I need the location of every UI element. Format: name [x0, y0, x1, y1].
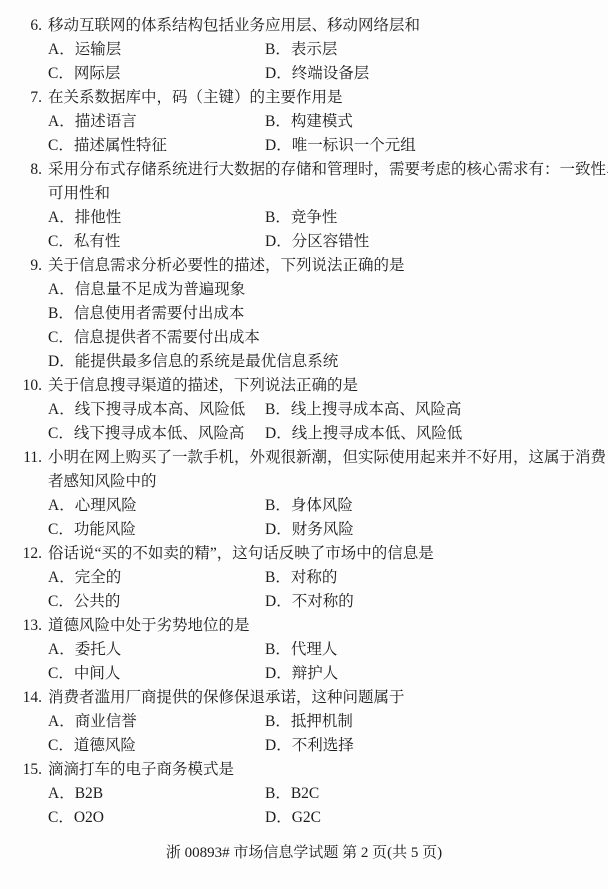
- question-number: 11.: [0, 446, 42, 470]
- options: A．商业信誉B．抵押机制C．道德风险D．不利选择: [48, 710, 608, 758]
- question-text-line: 者感知风险中的: [48, 470, 608, 494]
- option-text: 辩护人: [292, 665, 339, 682]
- option-d: D．能提供最多信息的系统是最优信息系统: [48, 350, 608, 374]
- question-text: 移动互联网的体系结构包括业务应用层、移动网络层和: [48, 14, 608, 38]
- option-text: 线上搜寻成本高、风险高: [291, 401, 462, 418]
- question-6: 6.移动互联网的体系结构包括业务应用层、移动网络层和A．运输层B．表示层C．网际…: [0, 14, 608, 86]
- option-b: B．身体风险: [265, 494, 608, 518]
- option-b: B．对称的: [265, 566, 608, 590]
- option-text: 私有性: [74, 233, 121, 250]
- option-text: 线上搜寻成本低、风险低: [292, 425, 463, 442]
- question-8: 8.采用分布式存储系统进行大数据的存储和管理时，需要考虑的核心需求有：一致性、可…: [0, 158, 608, 254]
- option-text: 公共的: [74, 593, 121, 610]
- option-text: 描述属性特征: [74, 137, 167, 154]
- option-text: 对称的: [291, 569, 338, 586]
- option-label: D．: [265, 230, 292, 254]
- question-text-line: 滴滴打车的电子商务模式是: [48, 758, 608, 782]
- options: A．运输层B．表示层C．网际层D．终端设备层: [48, 38, 608, 86]
- option-label: B．: [265, 38, 291, 62]
- question-list: 6.移动互联网的体系结构包括业务应用层、移动网络层和A．运输层B．表示层C．网际…: [0, 14, 608, 830]
- option-text: B2B: [75, 785, 103, 802]
- option-label: C．: [48, 590, 74, 614]
- option-label: A．: [48, 710, 75, 734]
- question-text-line: 小明在网上购买了一款手机，外观很新潮，但实际使用起来并不好用，这属于消费: [48, 446, 608, 470]
- question-number: 7.: [0, 86, 42, 110]
- question-number: 12.: [0, 542, 42, 566]
- option-c: C．公共的: [48, 590, 265, 614]
- option-text: 网际层: [74, 65, 121, 82]
- option-text: 商业信誉: [75, 713, 137, 730]
- option-label: A．: [48, 782, 75, 806]
- option-text: 心理风险: [75, 497, 137, 514]
- options: A．心理风险B．身体风险C．功能风险D．财务风险: [48, 494, 608, 542]
- question-stem: 12.俗话说“买的不如卖的精”，这句话反映了市场中的信息是: [0, 542, 608, 566]
- option-a: A．商业信誉: [48, 710, 265, 734]
- option-b: B．表示层: [265, 38, 608, 62]
- option-label: C．: [48, 734, 74, 758]
- question-stem: 9.关于信息需求分析必要性的描述，下列说法正确的是: [0, 254, 608, 278]
- question-stem: 13.道德风险中处于劣势地位的是: [0, 614, 608, 638]
- option-text: 描述语言: [75, 113, 137, 130]
- option-label: C．: [48, 422, 74, 446]
- option-label: D．: [265, 806, 292, 830]
- option-b: B．竞争性: [265, 206, 608, 230]
- option-b: B．信息使用者需要付出成本: [48, 302, 608, 326]
- question-12: 12.俗话说“买的不如卖的精”，这句话反映了市场中的信息是A．完全的B．对称的C…: [0, 542, 608, 614]
- option-label: B．: [265, 206, 291, 230]
- option-b: B．抵押机制: [265, 710, 608, 734]
- option-label: A．: [48, 494, 75, 518]
- option-a: A．委托人: [48, 638, 265, 662]
- option-label: B．: [265, 638, 291, 662]
- question-text-line: 移动互联网的体系结构包括业务应用层、移动网络层和: [48, 14, 608, 38]
- option-label: A．: [48, 278, 75, 302]
- option-text: O2O: [74, 809, 104, 826]
- question-text: 关于信息搜寻渠道的描述，下列说法正确的是: [48, 374, 608, 398]
- question-text-line: 采用分布式存储系统进行大数据的存储和管理时，需要考虑的核心需求有：一致性、: [48, 158, 608, 182]
- question-number: 9.: [0, 254, 42, 278]
- question-number: 15.: [0, 758, 42, 782]
- option-b: B．线上搜寻成本高、风险高: [265, 398, 608, 422]
- question-number: 14.: [0, 686, 42, 710]
- option-text: 代理人: [291, 641, 338, 658]
- question-text-line: 在关系数据库中，码（主键）的主要作用是: [48, 86, 608, 110]
- question-text: 关于信息需求分析必要性的描述，下列说法正确的是: [48, 254, 608, 278]
- option-text: 分区容错性: [292, 233, 370, 250]
- option-label: B．: [265, 566, 291, 590]
- option-a: A．排他性: [48, 206, 265, 230]
- option-label: D．: [265, 518, 292, 542]
- option-a: A．B2B: [48, 782, 265, 806]
- option-label: D．: [265, 422, 292, 446]
- option-c: C．功能风险: [48, 518, 265, 542]
- options: A．完全的B．对称的C．公共的D．不对称的: [48, 566, 608, 614]
- option-c: C．描述属性特征: [48, 134, 265, 158]
- option-d: D．唯一标识一个元组: [265, 134, 608, 158]
- option-label: A．: [48, 566, 75, 590]
- question-text-line: 道德风险中处于劣势地位的是: [48, 614, 608, 638]
- question-number: 6.: [0, 14, 42, 38]
- option-label: C．: [48, 230, 74, 254]
- options: A．排他性B．竞争性C．私有性D．分区容错性: [48, 206, 608, 254]
- options: A．委托人B．代理人C．中间人D．辩护人: [48, 638, 608, 686]
- question-text: 消费者滥用厂商提供的保修保退承诺，这种问题属于: [48, 686, 608, 710]
- option-d: D．线上搜寻成本低、风险低: [265, 422, 608, 446]
- option-label: C．: [48, 134, 74, 158]
- question-text-line: 关于信息搜寻渠道的描述，下列说法正确的是: [48, 374, 608, 398]
- option-label: A．: [48, 110, 75, 134]
- option-text: 构建模式: [291, 113, 353, 130]
- option-text: 信息量不足成为普遍现象: [75, 281, 246, 298]
- option-label: C．: [48, 62, 74, 86]
- option-label: C．: [48, 806, 74, 830]
- option-d: D．G2C: [265, 806, 608, 830]
- option-text: 完全的: [75, 569, 122, 586]
- option-d: D．不利选择: [265, 734, 608, 758]
- option-c: C．信息提供者不需要付出成本: [48, 326, 608, 350]
- question-text: 俗话说“买的不如卖的精”，这句话反映了市场中的信息是: [48, 542, 608, 566]
- option-b: B．构建模式: [265, 110, 608, 134]
- question-14: 14.消费者滥用厂商提供的保修保退承诺，这种问题属于A．商业信誉B．抵押机制C．…: [0, 686, 608, 758]
- option-c: C．中间人: [48, 662, 265, 686]
- option-label: A．: [48, 398, 75, 422]
- option-text: 竞争性: [291, 209, 338, 226]
- option-a: A．完全的: [48, 566, 265, 590]
- question-13: 13.道德风险中处于劣势地位的是A．委托人B．代理人C．中间人D．辩护人: [0, 614, 608, 686]
- option-text: G2C: [292, 809, 321, 826]
- option-label: D．: [265, 662, 292, 686]
- question-11: 11.小明在网上购买了一款手机，外观很新潮，但实际使用起来并不好用，这属于消费者…: [0, 446, 608, 542]
- option-text: 抵押机制: [291, 713, 353, 730]
- option-label: C．: [48, 518, 74, 542]
- option-label: A．: [48, 638, 75, 662]
- question-number: 10.: [0, 374, 42, 398]
- question-stem: 7.在关系数据库中，码（主键）的主要作用是: [0, 86, 608, 110]
- option-label: D．: [265, 62, 292, 86]
- question-number: 13.: [0, 614, 42, 638]
- question-stem: 6.移动互联网的体系结构包括业务应用层、移动网络层和: [0, 14, 608, 38]
- option-text: 委托人: [75, 641, 122, 658]
- options: A．线下搜寻成本高、风险低B．线上搜寻成本高、风险高C．线下搜寻成本低、风险高D…: [48, 398, 608, 446]
- option-text: 唯一标识一个元组: [292, 137, 416, 154]
- option-label: C．: [48, 326, 74, 350]
- option-d: D．辩护人: [265, 662, 608, 686]
- option-a: A．运输层: [48, 38, 265, 62]
- question-stem: 11.小明在网上购买了一款手机，外观很新潮，但实际使用起来并不好用，这属于消费者…: [0, 446, 608, 494]
- option-label: A．: [48, 38, 75, 62]
- question-text: 小明在网上购买了一款手机，外观很新潮，但实际使用起来并不好用，这属于消费者感知风…: [48, 446, 608, 494]
- option-d: D．不对称的: [265, 590, 608, 614]
- question-text: 滴滴打车的电子商务模式是: [48, 758, 608, 782]
- option-d: D．分区容错性: [265, 230, 608, 254]
- option-text: 财务风险: [292, 521, 354, 538]
- option-label: B．: [48, 302, 74, 326]
- question-text: 在关系数据库中，码（主键）的主要作用是: [48, 86, 608, 110]
- option-text: 信息使用者需要付出成本: [74, 305, 245, 322]
- option-a: A．心理风险: [48, 494, 265, 518]
- option-label: B．: [265, 494, 291, 518]
- option-text: 中间人: [74, 665, 121, 682]
- option-text: 功能风险: [74, 521, 136, 538]
- question-10: 10.关于信息搜寻渠道的描述，下列说法正确的是A．线下搜寻成本高、风险低B．线上…: [0, 374, 608, 446]
- option-text: 不利选择: [292, 737, 354, 754]
- option-d: D．终端设备层: [265, 62, 608, 86]
- question-number: 8.: [0, 158, 42, 182]
- option-text: 线下搜寻成本高、风险低: [75, 401, 246, 418]
- question-stem: 15.滴滴打车的电子商务模式是: [0, 758, 608, 782]
- question-9: 9.关于信息需求分析必要性的描述，下列说法正确的是A．信息量不足成为普遍现象B．…: [0, 254, 608, 374]
- option-c: C．道德风险: [48, 734, 265, 758]
- option-label: D．: [265, 134, 292, 158]
- option-text: 终端设备层: [292, 65, 370, 82]
- option-text: 排他性: [75, 209, 122, 226]
- page-footer: 浙 00893# 市场信息学试题 第 2 页(共 5 页): [0, 841, 608, 865]
- option-label: B．: [265, 782, 291, 806]
- options: A．描述语言B．构建模式C．描述属性特征D．唯一标识一个元组: [48, 110, 608, 158]
- option-text: 运输层: [75, 41, 122, 58]
- question-stem: 8.采用分布式存储系统进行大数据的存储和管理时，需要考虑的核心需求有：一致性、可…: [0, 158, 608, 206]
- exam-page: 6.移动互联网的体系结构包括业务应用层、移动网络层和A．运输层B．表示层C．网际…: [0, 0, 608, 889]
- option-text: 能提供最多信息的系统是最优信息系统: [75, 353, 339, 370]
- option-text: 信息提供者不需要付出成本: [74, 329, 260, 346]
- option-b: B．代理人: [265, 638, 608, 662]
- option-label: C．: [48, 662, 74, 686]
- option-b: B．B2C: [265, 782, 608, 806]
- question-stem: 14.消费者滥用厂商提供的保修保退承诺，这种问题属于: [0, 686, 608, 710]
- option-c: C．O2O: [48, 806, 265, 830]
- option-c: C．线下搜寻成本低、风险高: [48, 422, 265, 446]
- question-15: 15.滴滴打车的电子商务模式是A．B2BB．B2CC．O2OD．G2C: [0, 758, 608, 830]
- options: A．B2BB．B2CC．O2OD．G2C: [48, 782, 608, 830]
- option-label: B．: [265, 710, 291, 734]
- option-c: C．网际层: [48, 62, 265, 86]
- option-a: A．描述语言: [48, 110, 265, 134]
- option-text: 线下搜寻成本低、风险高: [74, 425, 245, 442]
- option-label: A．: [48, 206, 75, 230]
- question-text-line: 消费者滥用厂商提供的保修保退承诺，这种问题属于: [48, 686, 608, 710]
- option-label: D．: [48, 350, 75, 374]
- question-stem: 10.关于信息搜寻渠道的描述，下列说法正确的是: [0, 374, 608, 398]
- question-text-line: 可用性和: [48, 182, 608, 206]
- question-text-line: 俗话说“买的不如卖的精”，这句话反映了市场中的信息是: [48, 542, 608, 566]
- option-label: B．: [265, 110, 291, 134]
- question-7: 7.在关系数据库中，码（主键）的主要作用是A．描述语言B．构建模式C．描述属性特…: [0, 86, 608, 158]
- option-text: 不对称的: [292, 593, 354, 610]
- question-text: 道德风险中处于劣势地位的是: [48, 614, 608, 638]
- option-label: D．: [265, 734, 292, 758]
- option-label: B．: [265, 398, 291, 422]
- options: A．信息量不足成为普遍现象B．信息使用者需要付出成本C．信息提供者不需要付出成本…: [48, 278, 608, 374]
- question-text-line: 关于信息需求分析必要性的描述，下列说法正确的是: [48, 254, 608, 278]
- option-a: A．信息量不足成为普遍现象: [48, 278, 608, 302]
- option-text: B2C: [291, 785, 319, 802]
- option-label: D．: [265, 590, 292, 614]
- option-text: 表示层: [291, 41, 338, 58]
- option-c: C．私有性: [48, 230, 265, 254]
- option-text: 身体风险: [291, 497, 353, 514]
- option-text: 道德风险: [74, 737, 136, 754]
- option-d: D．财务风险: [265, 518, 608, 542]
- option-a: A．线下搜寻成本高、风险低: [48, 398, 265, 422]
- question-text: 采用分布式存储系统进行大数据的存储和管理时，需要考虑的核心需求有：一致性、可用性…: [48, 158, 608, 206]
